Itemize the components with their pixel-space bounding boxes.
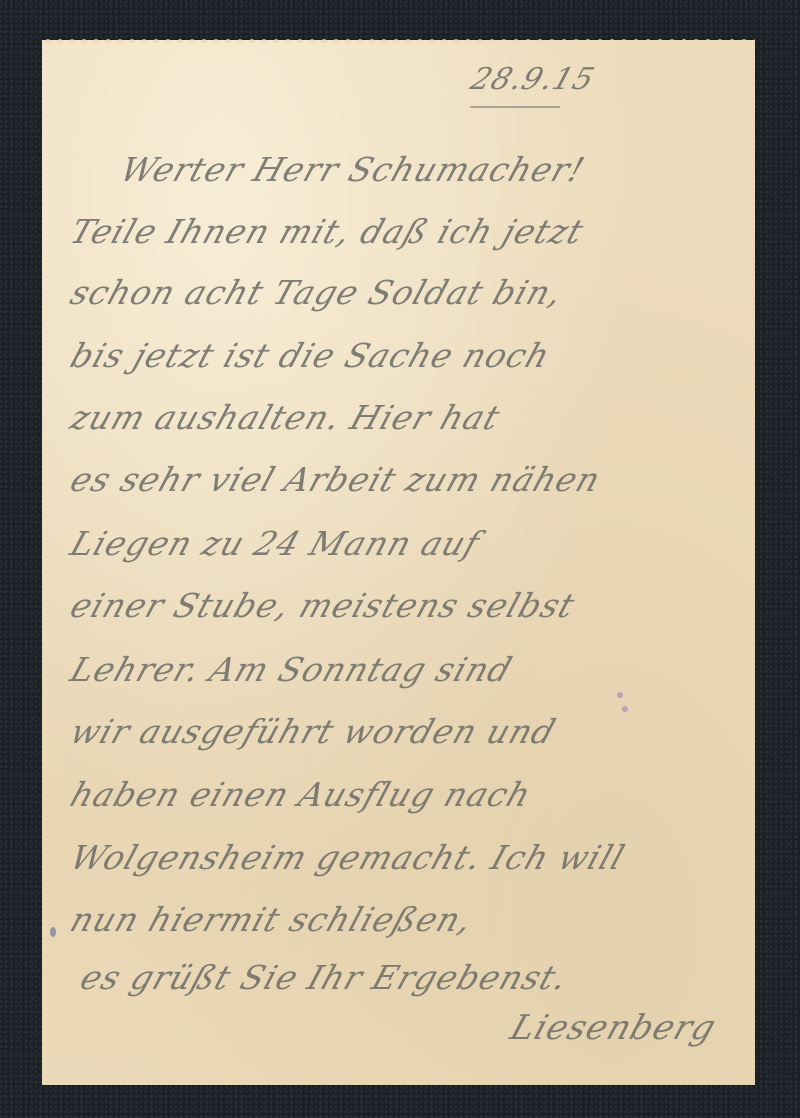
- date: 28.9.15: [466, 62, 599, 97]
- body-line-8: Lehrer. Am Sonntag sind: [66, 650, 518, 689]
- ink-mark: [617, 692, 623, 698]
- body-line-12: nun hiermit schließen,: [66, 900, 478, 939]
- body-line-3: bis jetzt ist die Sache noch: [66, 336, 556, 375]
- body-line-13: es grüßt Sie Ihr Ergebenst.: [76, 958, 573, 997]
- body-line-1: Teile Ihnen mit, daß ich jetzt: [66, 212, 589, 251]
- signature: Liesenberg: [506, 1008, 722, 1048]
- body-line-2: schon acht Tage Soldat bin,: [66, 273, 568, 312]
- ink-mark: [622, 706, 628, 712]
- postcard: 28.9.15 Werter Herr Schumacher! Teile Ih…: [42, 40, 755, 1085]
- ink-mark: [50, 927, 56, 937]
- body-line-11: Wolgensheim gemacht. Ich will: [66, 838, 631, 877]
- body-line-10: haben einen Ausflug nach: [66, 775, 537, 814]
- body-line-9: wir ausgeführt worden und: [66, 712, 561, 751]
- body-line-4: zum aushalten. Hier hat: [66, 398, 506, 437]
- date-underline: [470, 106, 560, 108]
- body-line-5: es sehr viel Arbeit zum nähen: [66, 460, 606, 499]
- body-line-6: Liegen zu 24 Mann auf: [66, 524, 485, 563]
- body-line-7: einer Stube, meistens selbst: [66, 586, 581, 625]
- salutation: Werter Herr Schumacher!: [116, 150, 590, 189]
- perforated-edge: [42, 35, 755, 43]
